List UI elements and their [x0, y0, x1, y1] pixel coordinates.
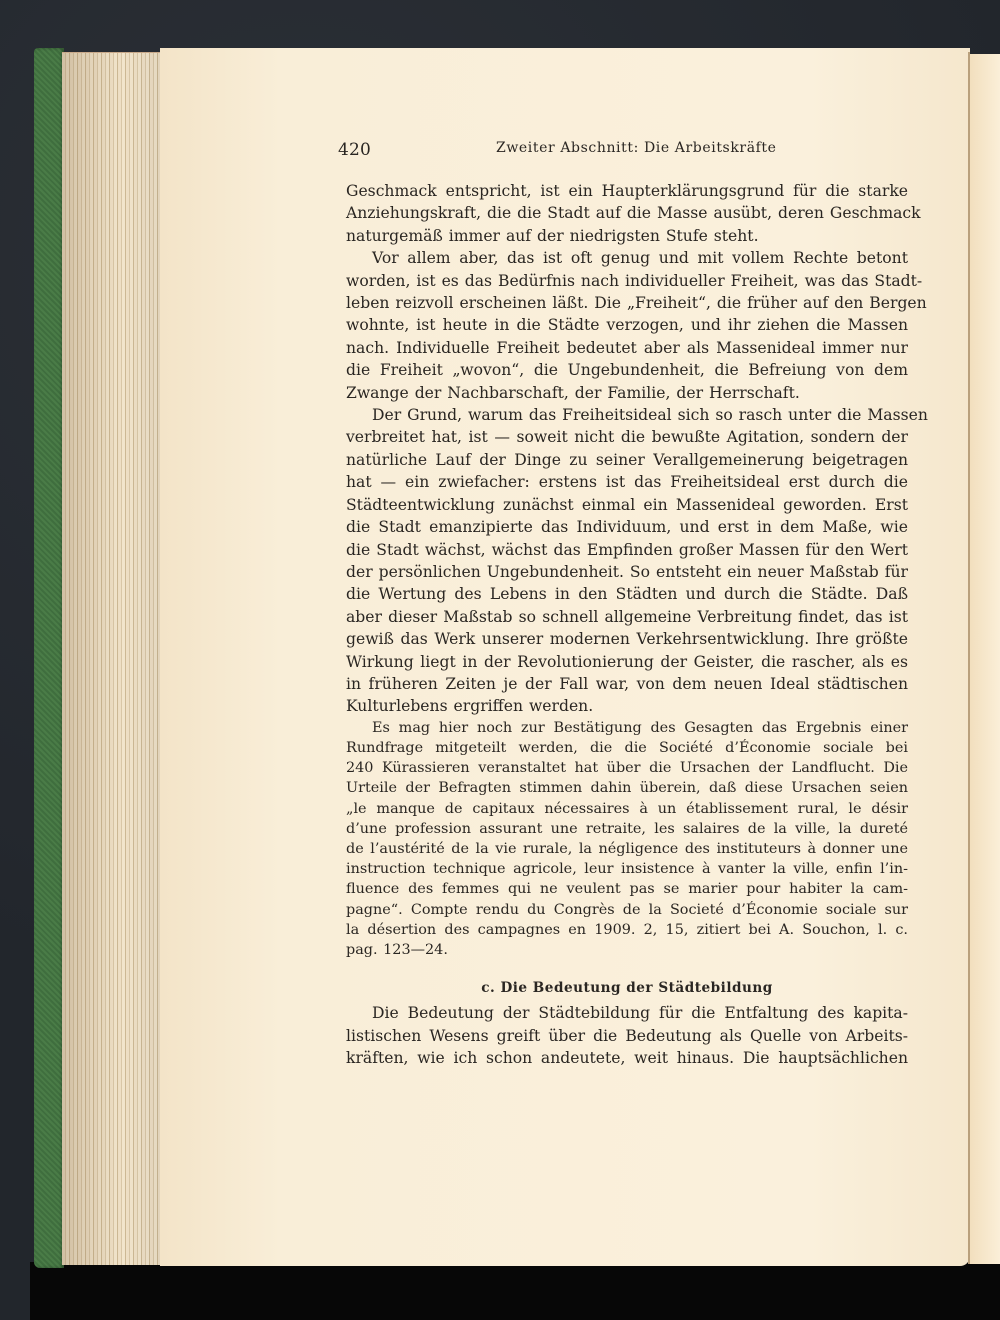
facing-page-edge: [970, 54, 1000, 1264]
text-line: „le manque de capitaux nécessaires à un …: [346, 799, 908, 819]
text-line: Rundfrage mitgeteilt werden, die die Soc…: [346, 738, 908, 758]
text-line: die Stadt wächst, wächst das Empfinden g…: [346, 539, 908, 561]
bottom-shadow: [30, 1262, 1000, 1320]
text-line: die Stadt emanzipierte das Individuum, u…: [346, 516, 908, 538]
text-line: Geschmack entspricht, ist ein Haupterklä…: [346, 180, 908, 202]
paragraph-3: Der Grund, warum das Freiheitsideal sich…: [346, 404, 908, 718]
text-line: Es mag hier noch zur Bestätigung des Ges…: [346, 718, 908, 738]
text-line: worden, ist es das Bedürfnis nach indivi…: [346, 270, 908, 292]
text-line: de l’austérité de la vie rurale, la négl…: [346, 839, 908, 859]
text-line: listischen Wesens greift über die Bedeut…: [346, 1025, 908, 1047]
text-line: fluence des femmes qui ne veulent pas se…: [346, 879, 908, 899]
text-line: leben reizvoll erscheinen läßt. Die „Fre…: [346, 292, 908, 314]
page-stack-edges: [62, 52, 162, 1265]
text-line: Die Bedeutung der Städtebildung für die …: [346, 1002, 908, 1024]
text-line: kräften, wie ich schon andeutete, weit h…: [346, 1047, 908, 1069]
text-line: wohnte, ist heute in die Städte verzogen…: [346, 314, 908, 336]
section-paragraph: Die Bedeutung der Städtebildung für die …: [346, 1002, 908, 1069]
text-line: Städteentwicklung zunächst einmal ein Ma…: [346, 494, 908, 516]
text-line: 240 Kürassieren veranstaltet hat über di…: [346, 758, 908, 778]
text-line: gewiß das Werk unserer modernen Verkehrs…: [346, 628, 908, 650]
text-line: naturgemäß immer auf der niedrigsten Stu…: [346, 225, 908, 247]
text-line: hat — ein zwiefacher: erstens ist das Fr…: [346, 471, 908, 493]
page-text-block: 420 Zweiter Abschnitt: Die Arbeitskräfte…: [346, 136, 908, 1069]
text-line: die Wertung des Lebens in den Städten un…: [346, 583, 908, 605]
text-line: verbreitet hat, ist — soweit nicht die b…: [346, 426, 908, 448]
text-line: der persönlichen Ungebundenheit. So ents…: [346, 561, 908, 583]
section-heading: c. Die Bedeutung der Städtebildung: [346, 980, 908, 996]
text-line: Kulturlebens ergriffen werden.: [346, 695, 908, 717]
book-cover-spine: [34, 48, 64, 1268]
text-line: pag. 123—24.: [346, 940, 908, 960]
text-line: natürliche Lauf der Dinge zu seiner Vera…: [346, 449, 908, 471]
text-line: Zwange der Nachbarschaft, der Familie, d…: [346, 382, 908, 404]
text-line: Der Grund, warum das Freiheitsideal sich…: [346, 404, 908, 426]
gutter-line: [968, 52, 970, 1264]
text-line: Vor allem aber, das ist oft genug und mi…: [346, 247, 908, 269]
footnote: Es mag hier noch zur Bestätigung des Ges…: [346, 718, 908, 960]
text-line: Anziehungskraft, die die Stadt auf die M…: [346, 202, 908, 224]
text-line: pagne“. Compte rendu du Congrès de la So…: [346, 900, 908, 920]
text-line: aber dieser Maßstab so schnell allgemein…: [346, 606, 908, 628]
text-line: instruction technique agricole, leur ins…: [346, 859, 908, 879]
text-line: Urteile der Befragten stimmen dahin über…: [346, 778, 908, 798]
text-line: Wirkung liegt in der Revolutionierung de…: [346, 651, 908, 673]
page-number: 420: [338, 140, 371, 160]
text-line: d’une profession assurant une retraite, …: [346, 819, 908, 839]
text-line: la désertion des campagnes en 1909. 2, 1…: [346, 920, 908, 940]
text-line: nach. Individuelle Freiheit bedeutet abe…: [346, 337, 908, 359]
running-head: 420 Zweiter Abschnitt: Die Arbeitskräfte: [346, 136, 908, 168]
paragraph-1: Geschmack entspricht, ist ein Haupterklä…: [346, 180, 908, 247]
paragraph-2: Vor allem aber, das ist oft genug und mi…: [346, 247, 908, 404]
text-line: die Freiheit „wovon“, die Ungebundenheit…: [346, 359, 908, 381]
running-head-title: Zweiter Abschnitt: Die Arbeitskräfte: [496, 140, 777, 156]
text-line: in früheren Zeiten je der Fall war, von …: [346, 673, 908, 695]
